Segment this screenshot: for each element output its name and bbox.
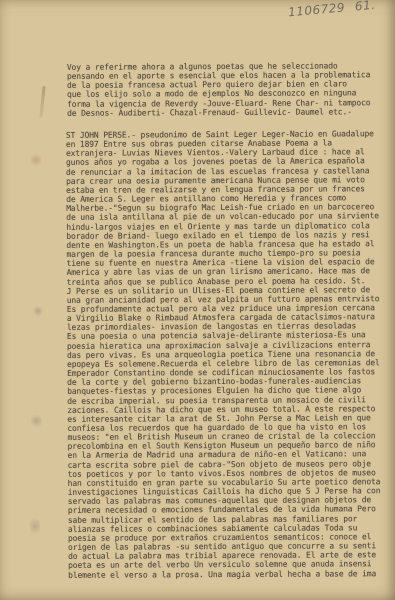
document-page: 1106729 61. Voy a referirme ahora a algu…: [0, 0, 395, 600]
st-john-perse-paragraph: ST JOHN PERSE.- pseudonimo de Saint Lege…: [66, 129, 390, 581]
paper-crease-mark: [39, 86, 45, 118]
margin-smudge-3: [30, 515, 40, 537]
margin-smudge-2: [31, 413, 42, 429]
rust-stain: [30, 153, 42, 167]
handwritten-page-note: 61.: [354, 0, 376, 13]
handwritten-annotations: 1106729 61.: [288, 0, 389, 19]
intro-paragraph: Voy a referirme ahora a algunos poetas q…: [67, 61, 389, 119]
handwritten-catalog-number: 1106729: [288, 0, 346, 19]
margin-smudge-1: [33, 305, 43, 317]
